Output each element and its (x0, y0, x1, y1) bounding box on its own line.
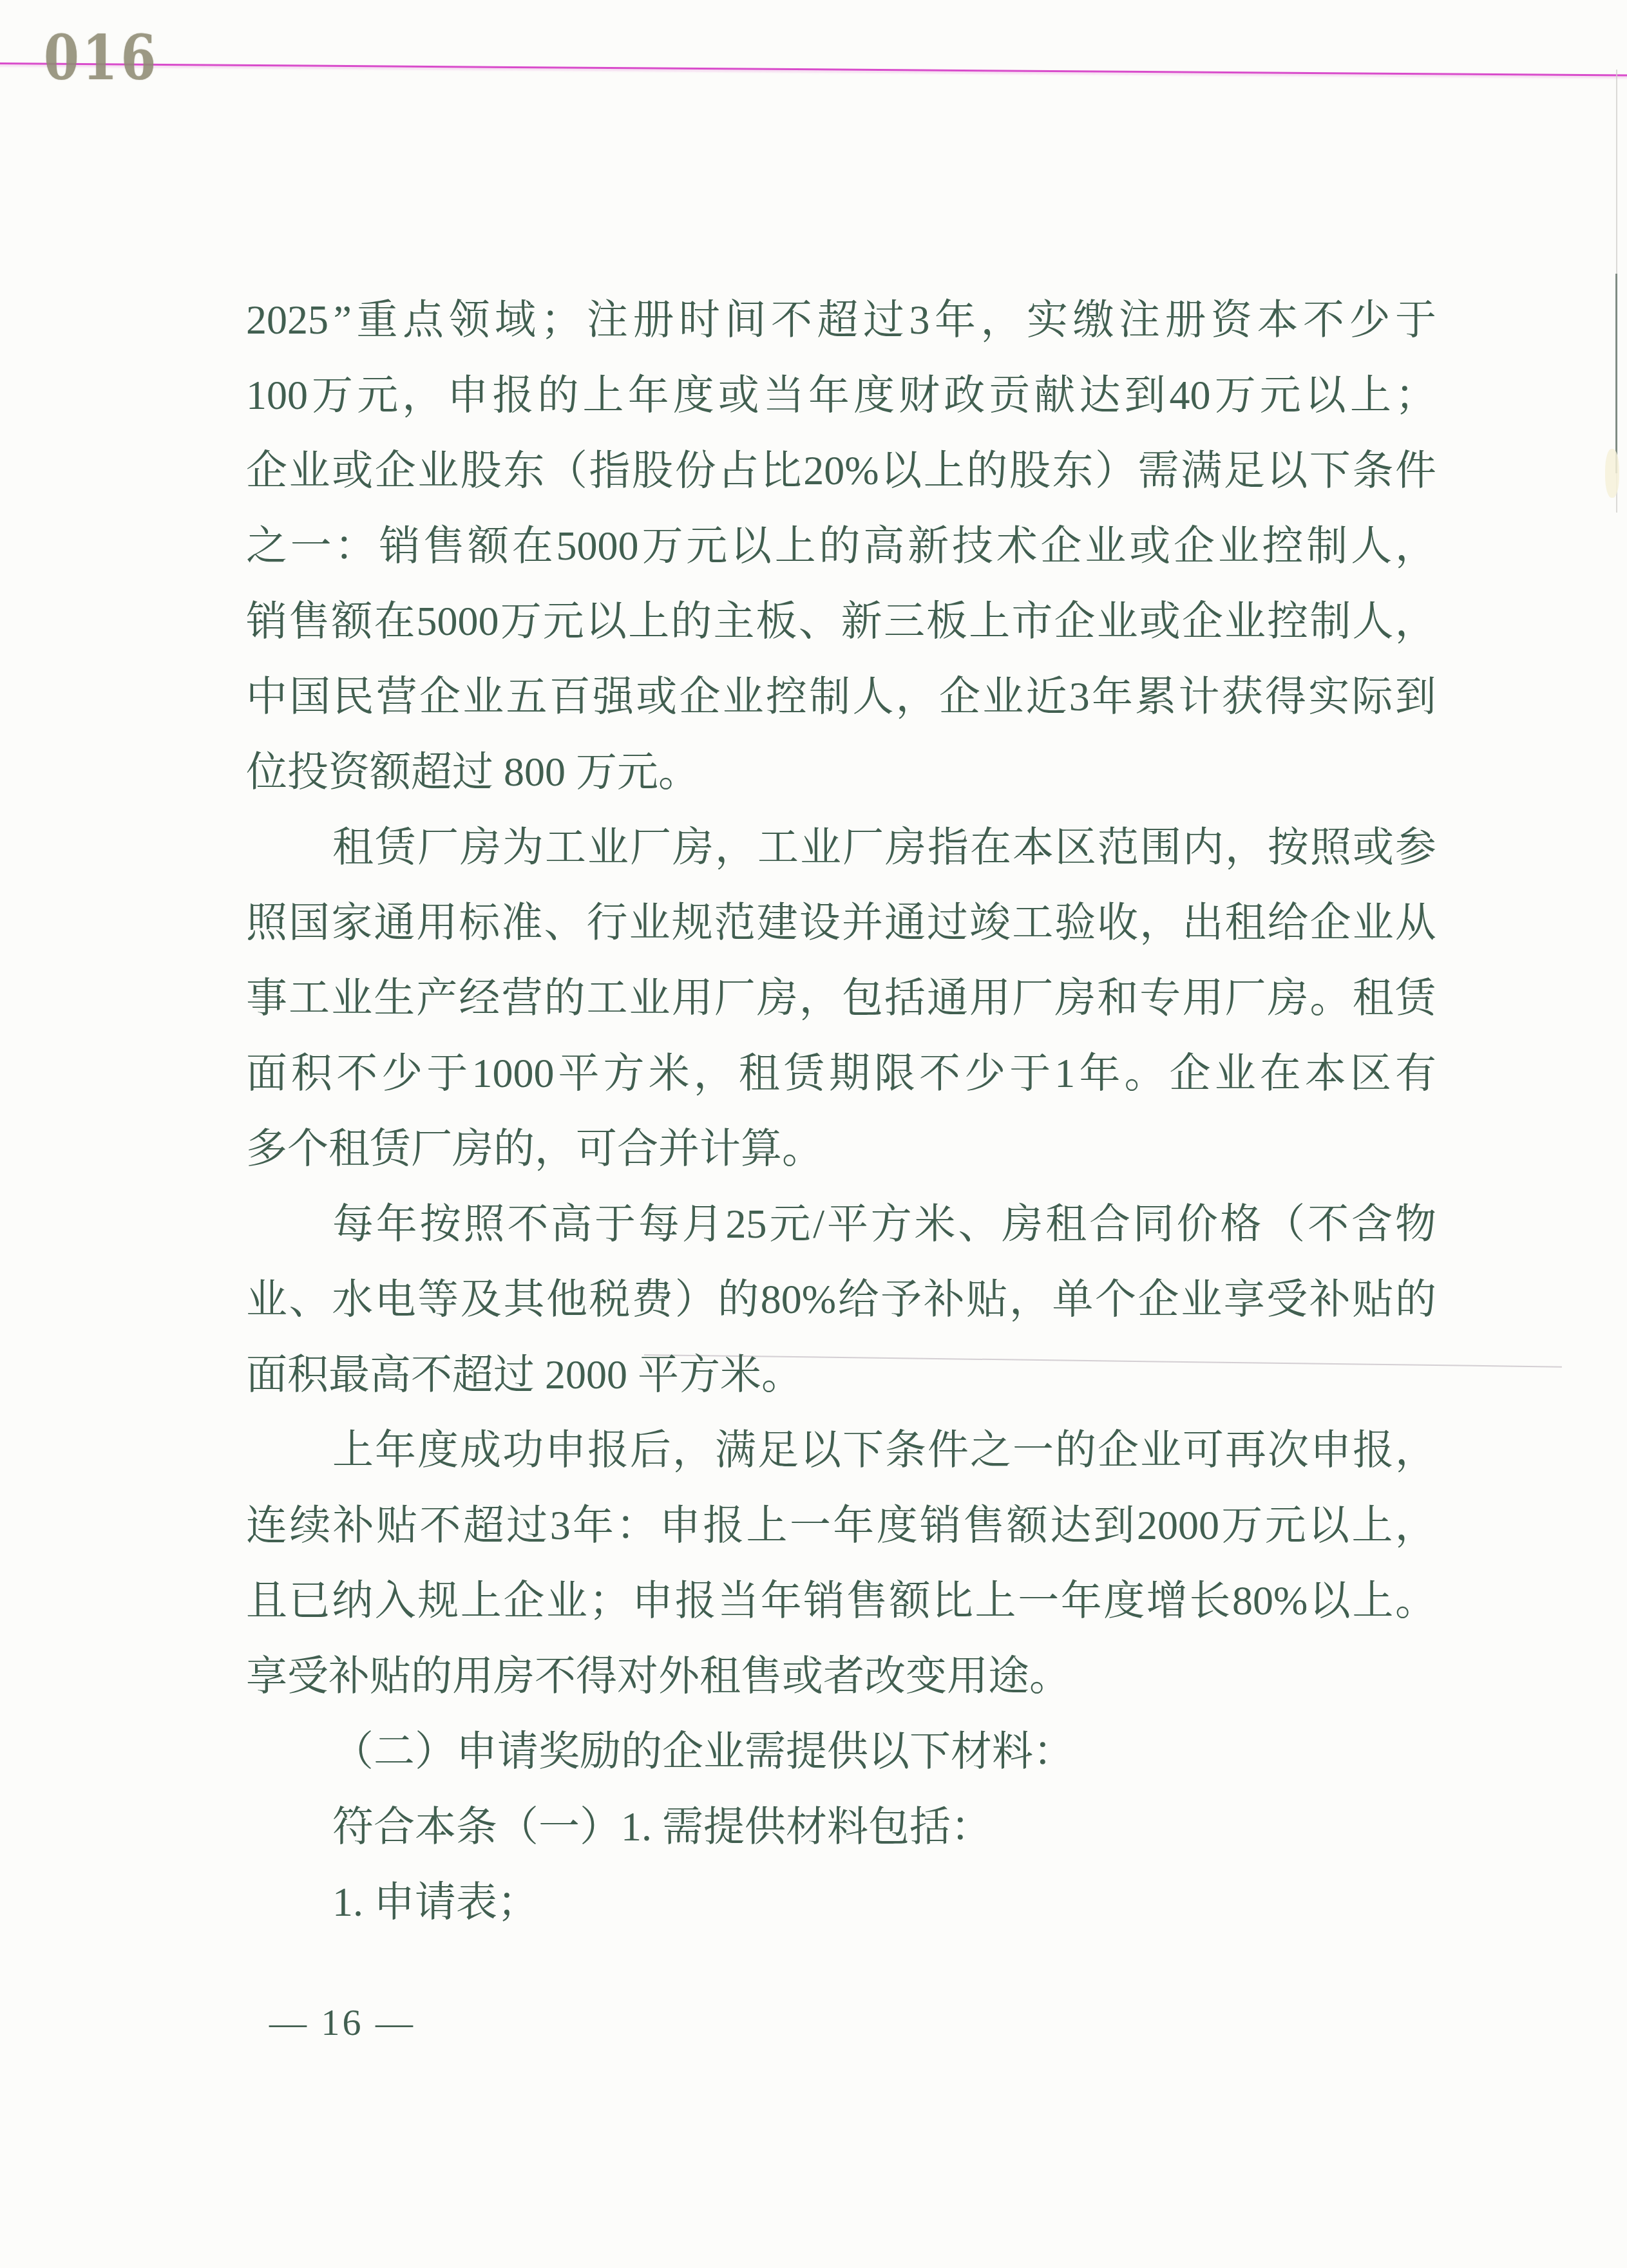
text-line: 2025”重点领域；注册时间不超过3年，实缴注册资本不少于 (246, 282, 1436, 357)
text-line: 业、水电等及其他税费）的80%给予补贴，单个企业享受补贴的 (246, 1262, 1436, 1337)
text-line: 中国民营企业五百强或企业控制人，企业近3年累计获得实际到 (246, 659, 1436, 734)
text-line: 之一：销售额在5000万元以上的高新技术企业或企业控制人， (246, 508, 1436, 583)
scan-artifact-magenta-line (0, 62, 1627, 77)
text-line: 每年按照不高于每月25元/平方米、房租合同价格（不含物 (332, 1186, 1436, 1262)
page-number: — 16 — (269, 2000, 415, 2045)
text-line: 位投资额超过 800 万元。 (246, 734, 1436, 809)
text-line: 连续补贴不超过3年：申报上一年度销售额达到2000万元以上， (246, 1488, 1436, 1563)
text-line: （二）申请奖励的企业需提供以下材料： (332, 1714, 1436, 1789)
text-line: 且已纳入规上企业；申报当年销售额比上一年度增长80%以上。 (246, 1563, 1436, 1638)
document-body: 2025”重点领域；注册时间不超过3年，实缴注册资本不少于100万元，申报的上年… (246, 282, 1436, 1940)
text-line: 面积最高不超过 2000 平方米。 (246, 1337, 1436, 1412)
text-line: 租赁厂房为工业厂房，工业厂房指在本区范围内，按照或参 (332, 809, 1436, 885)
page-stamp: 016 (44, 27, 159, 89)
text-line: 享受补贴的用房不得对外租售或者改变用途。 (246, 1638, 1436, 1714)
scanned-document-page: 016 2025”重点领域；注册时间不超过3年，实缴注册资本不少于100万元，申… (0, 0, 1627, 2268)
text-line: 企业或企业股东（指股份占比20%以上的股东）需满足以下条件 (246, 433, 1436, 508)
scan-artifact-edge-line-dark (1615, 274, 1617, 473)
text-line: 事工业生产经营的工业用厂房，包括通用厂房和专用厂房。租赁 (246, 960, 1436, 1035)
text-line: 1. 申请表； (332, 1864, 1436, 1940)
text-line: 多个租赁厂房的，可合并计算。 (246, 1111, 1436, 1186)
text-line: 符合本条（一）1. 需提供材料包括： (332, 1789, 1436, 1864)
text-line: 面积不少于1000平方米，租赁期限不少于1年。企业在本区有 (246, 1035, 1436, 1111)
scan-artifact-smudge (1605, 449, 1619, 498)
text-line: 照国家通用标准、行业规范建设并通过竣工验收，出租给企业从 (246, 885, 1436, 960)
text-line: 上年度成功申报后，满足以下条件之一的企业可再次申报， (332, 1412, 1436, 1488)
text-line: 100万元，申报的上年度或当年度财政贡献达到40万元以上； (246, 357, 1436, 433)
text-line: 销售额在5000万元以上的主板、新三板上市企业或企业控制人， (246, 583, 1436, 659)
